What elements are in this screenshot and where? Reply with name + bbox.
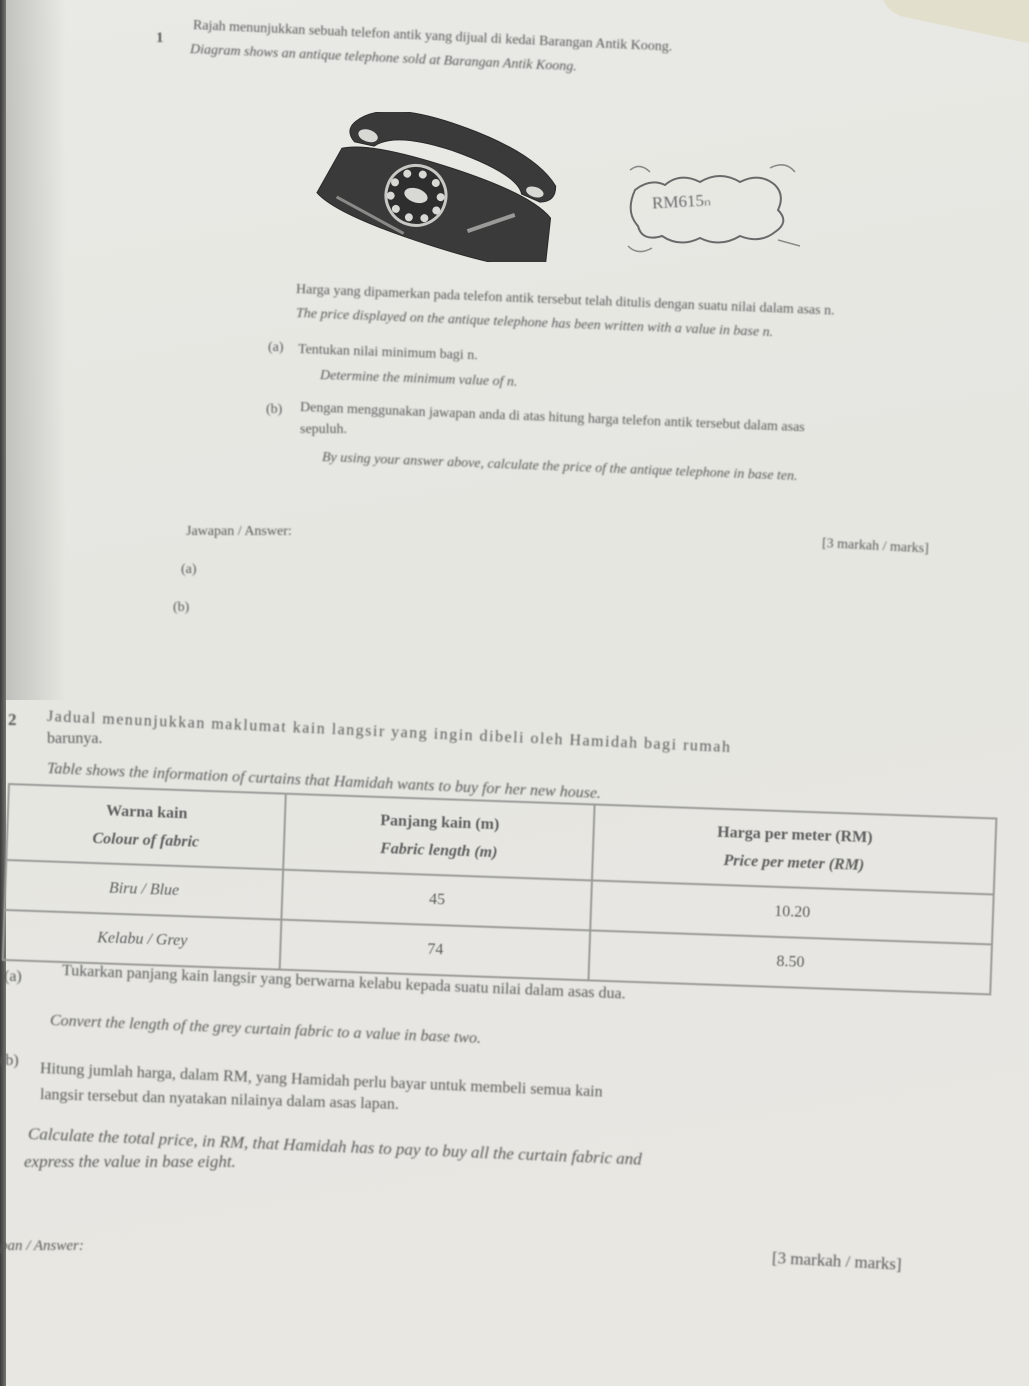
header-price-en: Price per meter (RM) bbox=[594, 848, 994, 880]
background-object bbox=[875, 0, 1029, 48]
antique-telephone-illustration bbox=[300, 112, 590, 262]
question-2a-label: (a) bbox=[4, 968, 22, 986]
paper-shadow bbox=[6, 0, 66, 700]
question-1-number: 1 bbox=[156, 30, 164, 47]
question-1-answer-a: (a) bbox=[181, 562, 197, 578]
price-tag-text: RM615ₙ bbox=[652, 190, 712, 213]
question-1b-label: (b) bbox=[266, 402, 282, 418]
header-length-ms: Panjang kain (m) bbox=[286, 809, 594, 838]
question-2-stem-ms-cont: barunya. bbox=[47, 730, 103, 748]
header-colour-en: Colour of fabric bbox=[8, 827, 284, 855]
header-colour: Warna kain Colour of fabric bbox=[6, 784, 286, 870]
header-colour-ms: Warna kain bbox=[9, 799, 285, 827]
header-length-en: Fabric length (m) bbox=[285, 837, 593, 866]
curtain-table: Warna kain Colour of fabric Panjang kain… bbox=[2, 783, 998, 995]
header-price-ms: Harga per meter (RM) bbox=[595, 820, 995, 852]
question-1-answer-b: (b) bbox=[173, 600, 189, 616]
question-1a-label: (a) bbox=[268, 340, 284, 356]
question-2-number: 2 bbox=[8, 710, 17, 730]
question-2-answer-label: pan / Answer: bbox=[0, 1238, 84, 1255]
cell-colour: Kelabu / Grey bbox=[3, 910, 282, 970]
header-length: Panjang kain (m) Fabric length (m) bbox=[283, 794, 595, 881]
cell-length: 74 bbox=[280, 920, 591, 981]
question-1b-text-ms-cont: sepuluh. bbox=[300, 422, 347, 438]
question-1-answer-label: Jawapan / Answer: bbox=[186, 524, 292, 540]
header-price: Harga per meter (RM) Price per meter (RM… bbox=[592, 805, 996, 895]
question-2b-label: (b) bbox=[0, 1052, 19, 1070]
question-2b-text-en-cont: express the value in base eight. bbox=[24, 1152, 236, 1172]
